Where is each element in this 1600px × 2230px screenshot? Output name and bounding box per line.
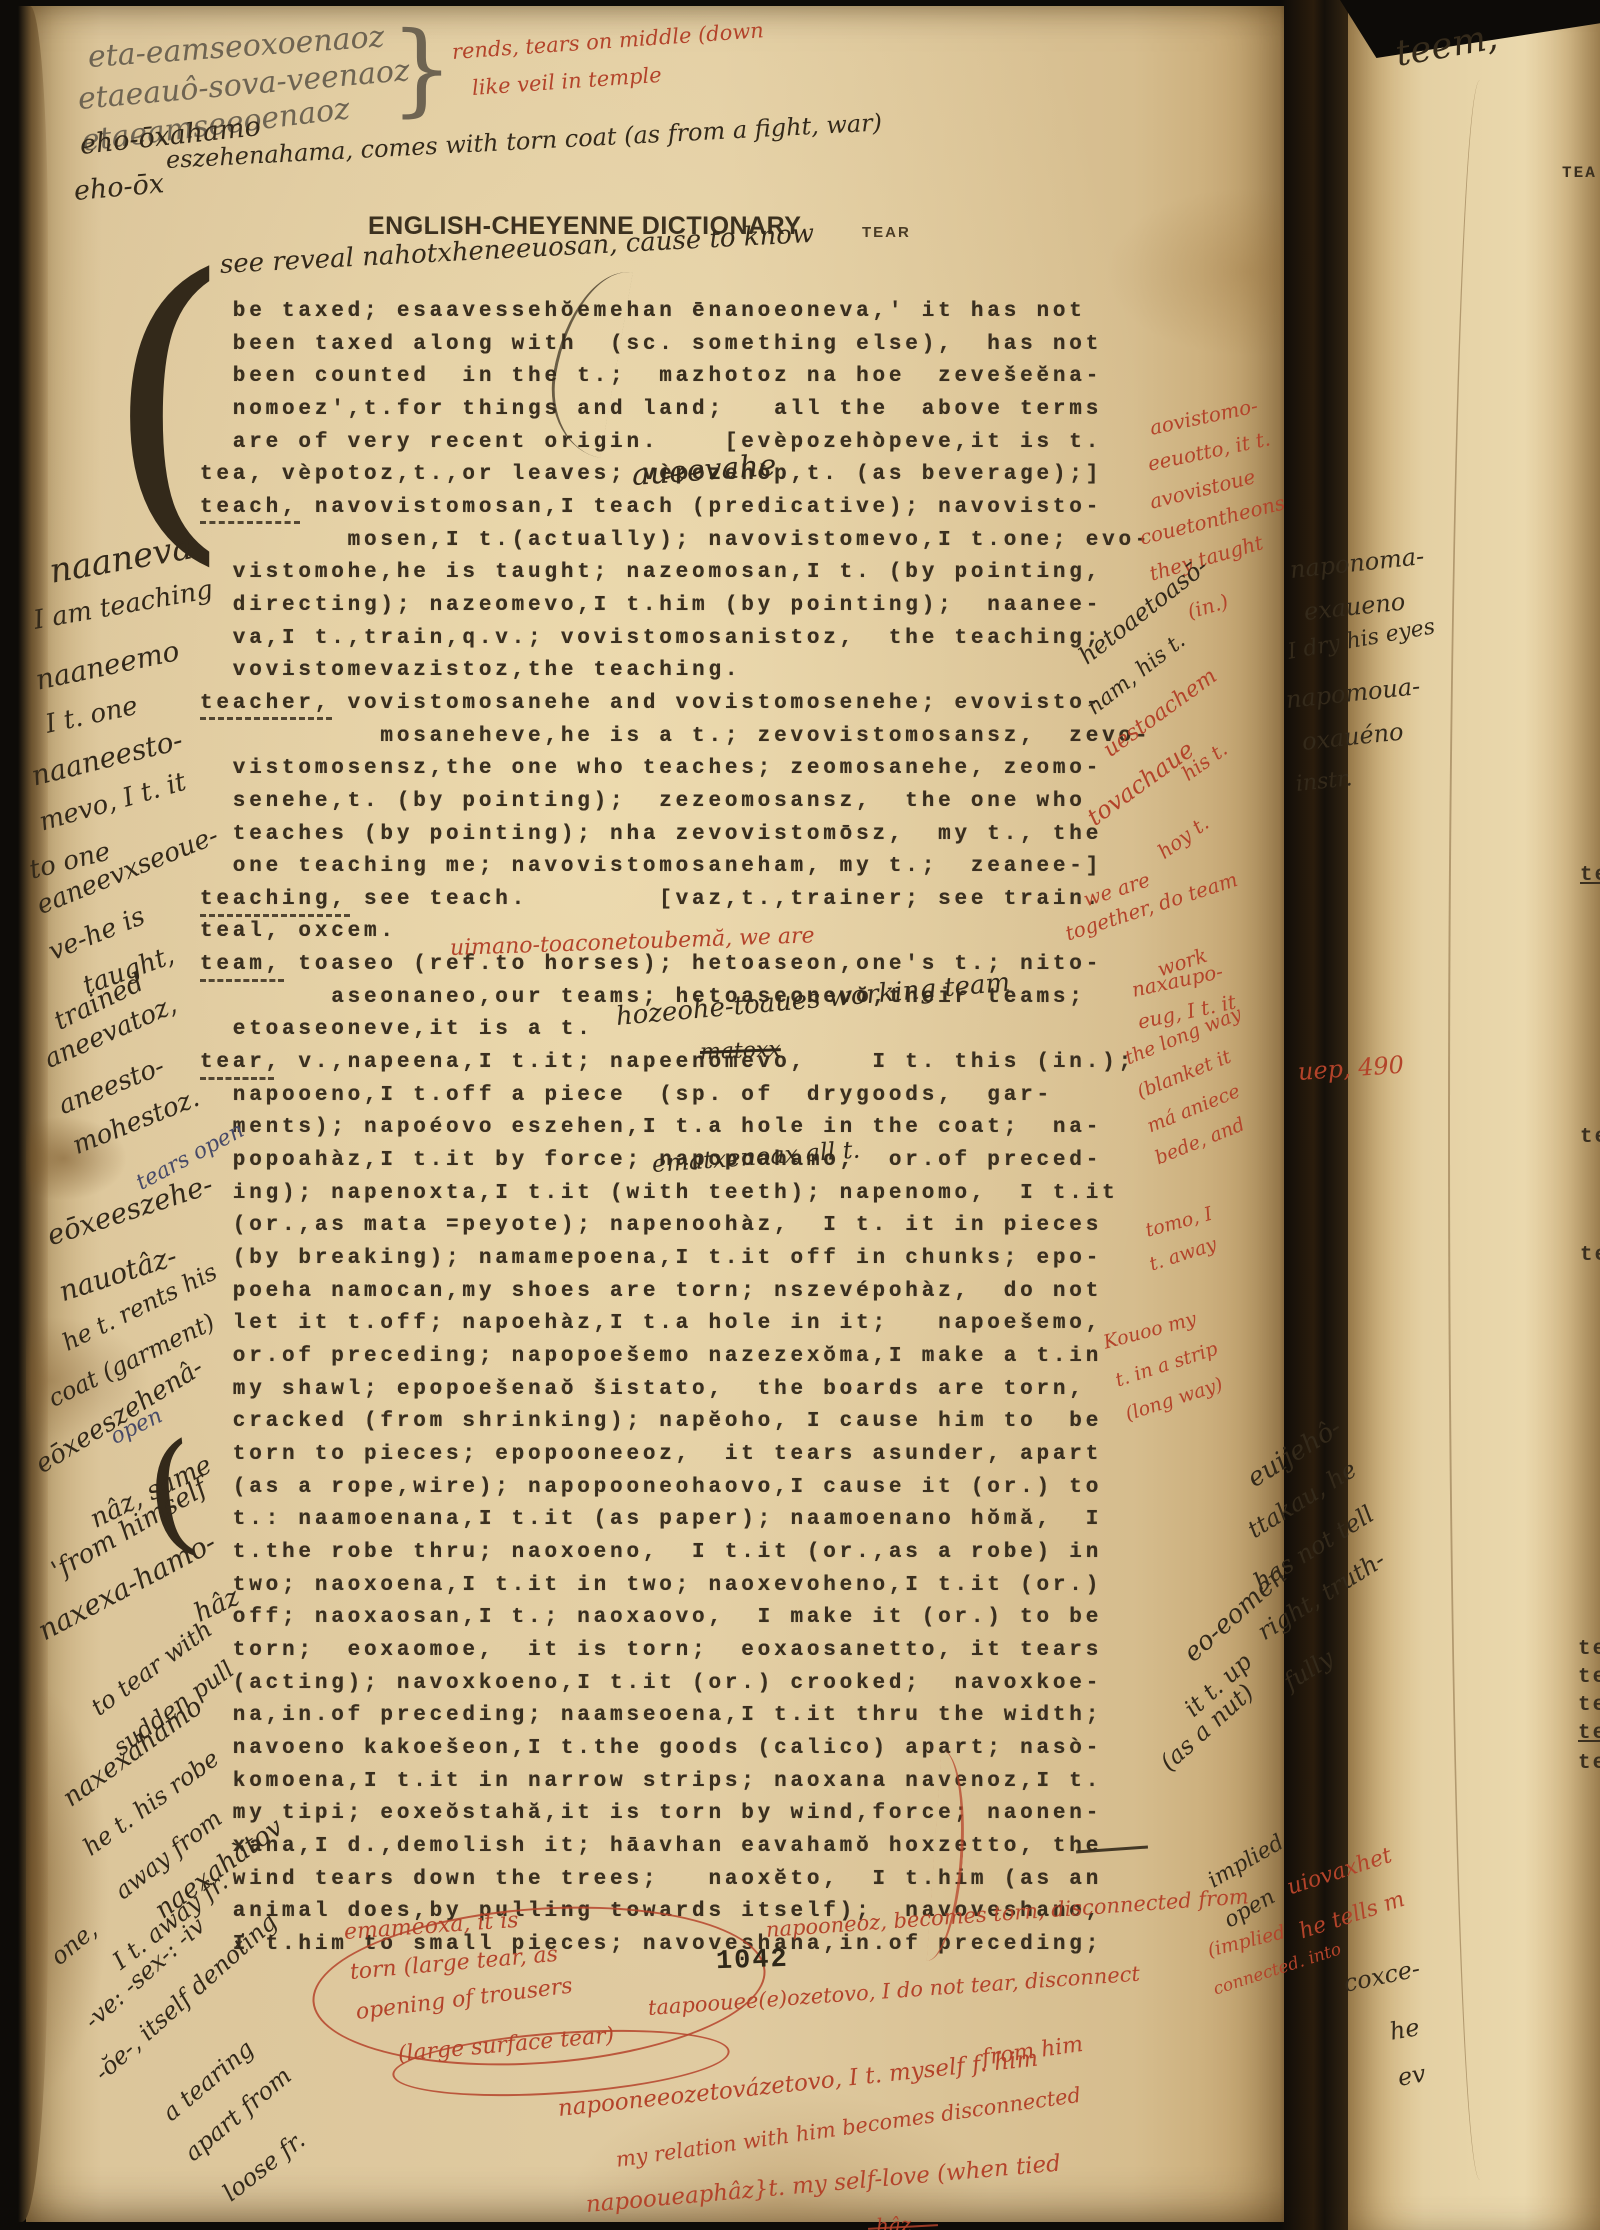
printed-line: or.of preceding; napopoešemo nazezexŏma,… xyxy=(200,1341,1151,1374)
handwritten-annotation: te xyxy=(1580,1244,1600,1267)
printed-line: cracked (from shrinking); napĕoho, I cau… xyxy=(200,1406,1151,1439)
printed-line: senehe,t. (by pointing); zezeomosansz, t… xyxy=(200,786,1151,819)
printed-line: torn to pieces; epopooneeoz, it tears as… xyxy=(200,1439,1151,1472)
handwritten-annotation: te xyxy=(1580,864,1600,887)
running-head-word: TEAR xyxy=(862,224,911,241)
handwritten-annotation: te xyxy=(1578,1638,1600,1661)
printed-line: teaches (by pointing); nha zevovistomōsz… xyxy=(200,819,1151,852)
printed-text-block: be taxed; esaavessehŏemehan ēnanoeoneva,… xyxy=(200,296,1151,1961)
printed-line: mosen,I t.(actually); navovistomevo,I t.… xyxy=(200,525,1151,558)
printed-line: ing); napenoxta,I t.it (with teeth); nap… xyxy=(200,1178,1151,1211)
handwritten-annotation: he xyxy=(1388,2013,1422,2046)
printed-line: my shawl; epopoešenaŏ šistato, the board… xyxy=(200,1374,1151,1407)
book-scan: ENGLISH-CHEYENNE DICTIONARY TEAR be taxe… xyxy=(0,0,1600,2230)
printed-line: two; naoxoena,I t.it in two; naoxevoheno… xyxy=(200,1570,1151,1603)
printed-line: (as a rope,wire); napopooneohaovo,I caus… xyxy=(200,1472,1151,1505)
printed-line: teaching, see teach. [vaz,t.,trainer; se… xyxy=(200,884,1151,917)
handwritten-annotation: hâz xyxy=(875,2212,912,2230)
printed-line: xana,I d.,demolish it; hāavhan eavahamŏ … xyxy=(200,1831,1151,1864)
printed-line: ments); napoéovo eszehen,I t.a hole in t… xyxy=(200,1112,1151,1145)
printed-line: teach, navovistomosan,I teach (predicati… xyxy=(200,492,1151,525)
printed-line: wind tears down the trees; naoxĕto, I t.… xyxy=(200,1864,1151,1897)
printed-line: napooeno,I t.off a piece (sp. of drygood… xyxy=(200,1080,1151,1113)
torn-page-edge xyxy=(18,6,48,2222)
headword-underline xyxy=(200,1077,274,1080)
printed-line: been counted in the t.; mazhotoz na hoe … xyxy=(200,361,1151,394)
printed-line: be taxed; esaavessehŏemehan ēnanoeoneva,… xyxy=(200,296,1151,329)
printed-line: (or.,as mata =peyote); napenoohàz, I t. … xyxy=(200,1210,1151,1243)
printed-line: na,in.of preceding; naamseoena,I t.it th… xyxy=(200,1700,1151,1733)
printed-line: vovistomevazistoz,the teaching. xyxy=(200,655,1151,688)
headword-underline xyxy=(200,979,284,982)
handwritten-annotation: ev xyxy=(1396,2059,1428,2091)
printed-line: been taxed along with (sc. something els… xyxy=(200,329,1151,362)
handwritten-annotation: ( xyxy=(104,262,233,543)
printed-line: t.: naamoenana,I t.it (as paper); naamoe… xyxy=(200,1504,1151,1537)
printed-line: let it t.off; napoehàz,I t.a hole in it;… xyxy=(200,1308,1151,1341)
printed-line: navoeno kakoešeon,I t.the goods (calico)… xyxy=(200,1733,1151,1766)
handwritten-annotation: te xyxy=(1578,1694,1600,1717)
printed-line: vistomohe,he is taught; nazeomosan,I t. … xyxy=(200,557,1151,590)
printed-line: vistomosensz,the one who teaches; zeomos… xyxy=(200,753,1151,786)
printed-line: mosaneheve,he is a t.; zevovistomosansz,… xyxy=(200,721,1151,754)
printed-line: torn; eoxaomoe, it is torn; eoxaosanetto… xyxy=(200,1635,1151,1668)
printed-line: one teaching me; navovistomosaneham, my … xyxy=(200,851,1151,884)
printed-line: my tipi; eoxeŏstahă,it is torn by wind,f… xyxy=(200,1798,1151,1831)
handwritten-annotation: te xyxy=(1580,1126,1600,1149)
printed-line: komoena,I t.it in narrow strips; naoxana… xyxy=(200,1766,1151,1799)
handwritten-annotation: te xyxy=(1578,1722,1600,1745)
printed-line: nomoez',t.for things and land; all the a… xyxy=(200,394,1151,427)
handwritten-annotation: } xyxy=(390,26,454,111)
printed-line: poeha namocan,my shoes are torn; nszevép… xyxy=(200,1276,1151,1309)
printed-line: off; naoxaosan,I t.; naoxaovo, I make it… xyxy=(200,1602,1151,1635)
page-number: 1042 xyxy=(715,1945,789,1978)
printed-line: teacher, vovistomosanehe and vovistomose… xyxy=(200,688,1151,721)
handwritten-annotation: te xyxy=(1578,1752,1600,1775)
headword-underline xyxy=(200,914,350,917)
handwritten-annotation: matoxx xyxy=(700,1037,782,1065)
printed-line: (acting); navoxkoeno,I t.it (or.) crooke… xyxy=(200,1668,1151,1701)
printed-line: directing); nazeomevo,I t.him (by pointi… xyxy=(200,590,1151,623)
printed-line: (by breaking); namamepoena,I t.it off in… xyxy=(200,1243,1151,1276)
headword-underline xyxy=(200,717,332,720)
handwritten-annotation: TEA xyxy=(1562,164,1597,182)
handwritten-annotation: te xyxy=(1578,1666,1600,1689)
printed-line: tear, v.,napeena,I t.it; napeenomevo, I … xyxy=(200,1047,1151,1080)
printed-line: t.the robe thru; naoxoeno, I t.it (or.,a… xyxy=(200,1537,1151,1570)
printed-line: va,I t.,train,q.v.; vovistomosanistoz, t… xyxy=(200,623,1151,656)
